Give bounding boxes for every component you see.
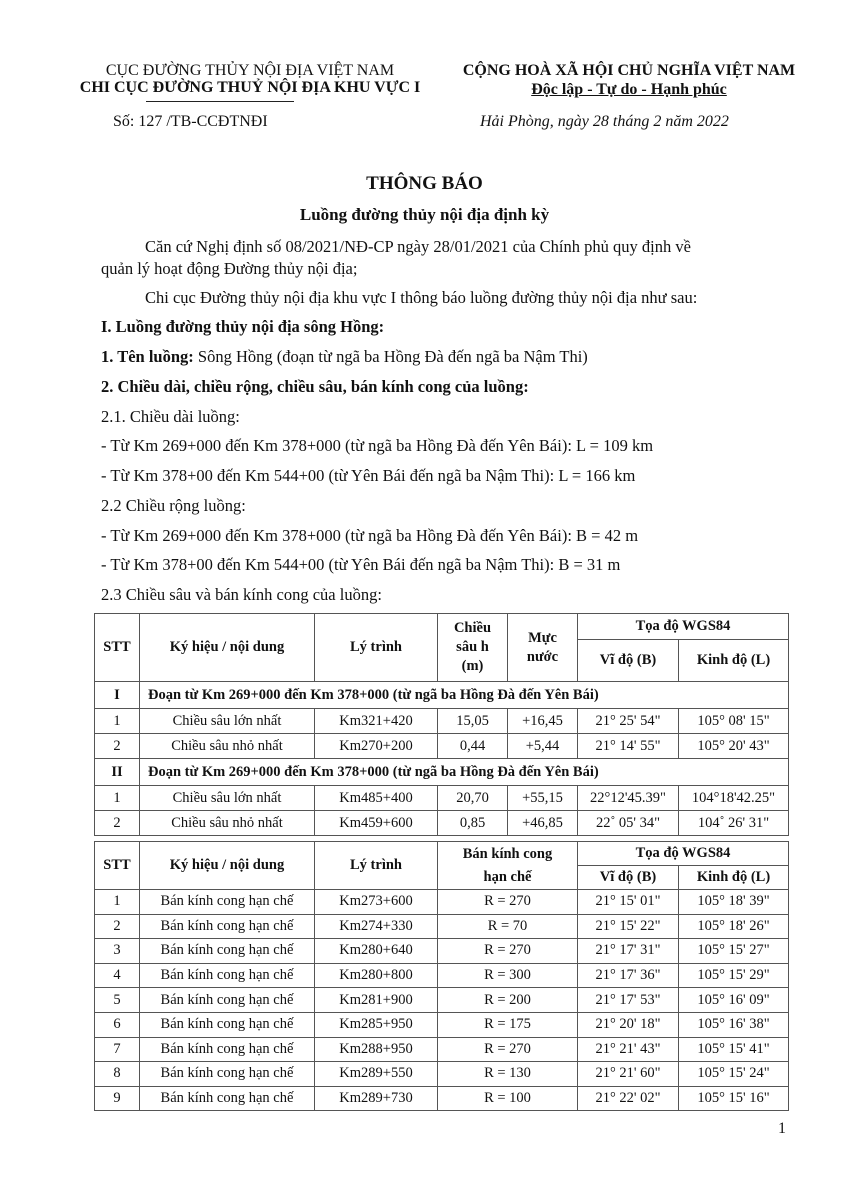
col-coords: Tọa độ WGS84 (578, 614, 789, 640)
table-row: 5Bán kính cong hạn chếKm281+900R = 20021… (95, 988, 789, 1013)
table-row: 1Chiều sâu lớn nhấtKm321+42015,05+16,452… (95, 709, 789, 734)
col-stt: STT (95, 614, 140, 682)
cell-lon: 105° 08' 15" (679, 709, 789, 734)
cell-depth: 0,85 (438, 811, 508, 836)
cell-depth: 0,44 (438, 734, 508, 759)
cell-lat: 21° 17' 31" (578, 939, 679, 964)
cell-lon: 104°18'42.25" (679, 786, 789, 811)
section-row: IĐoạn từ Km 269+000 đến Km 378+000 (từ n… (95, 682, 789, 709)
cell-lon: 104˚ 26' 31" (679, 811, 789, 836)
cell-lat: 21° 21' 43" (578, 1037, 679, 1062)
cell-chainage: Km289+730 (315, 1086, 438, 1111)
cell-content: Chiều sâu nhỏ nhất (140, 811, 315, 836)
cell-water-level: +46,85 (508, 811, 578, 836)
section-row: IIĐoạn từ Km 269+000 đến Km 378+000 (từ … (95, 759, 789, 786)
document-subtitle: Luồng đường thủy nội địa định kỳ (0, 205, 849, 225)
cell-content: Bán kính cong hạn chế (140, 988, 315, 1013)
width-line: - Từ Km 378+00 đến Km 544+00 (từ Yên Bái… (101, 555, 620, 575)
cell-stt: 8 (95, 1062, 140, 1087)
cell-lon: 105° 15' 16" (679, 1086, 789, 1111)
sub-agency-name: CHI CỤC ĐƯỜNG THUỶ NỘI ĐỊA KHU VỰC I (60, 79, 440, 97)
cell-stt: 5 (95, 988, 140, 1013)
cell-depth: 15,05 (438, 709, 508, 734)
cell-lat: 21° 20' 18" (578, 1012, 679, 1037)
col-lat: Vĩ độ (B) (578, 866, 679, 890)
section-roman: II (95, 759, 140, 786)
national-title: CỘNG HOÀ XÃ HỘI CHỦ NGHĨA VIỆT NAM (434, 62, 824, 80)
cell-stt: 2 (95, 811, 140, 836)
cell-depth: 20,70 (438, 786, 508, 811)
cell-stt: 1 (95, 786, 140, 811)
col-radius-line2: hạn chế (438, 868, 577, 887)
cell-lat: 21° 15' 22" (578, 914, 679, 939)
cell-radius: R = 70 (438, 914, 578, 939)
depth-radius-heading: 2.3 Chiều sâu và bán kính cong của luồng… (101, 585, 382, 605)
cell-lat: 21° 22' 02" (578, 1086, 679, 1111)
cell-content: Bán kính cong hạn chế (140, 939, 315, 964)
intro-paragraph-2: Chi cục Đường thủy nội địa khu vực I thô… (145, 288, 697, 308)
cell-chainage: Km288+950 (315, 1037, 438, 1062)
national-motto: Độc lập - Tự do - Hạnh phúc (434, 81, 824, 99)
col-radius-line1: Bán kính cong (438, 845, 577, 864)
cell-chainage: Km285+950 (315, 1012, 438, 1037)
cell-lon: 105° 20' 43" (679, 734, 789, 759)
section-heading: I. Luồng đường thủy nội địa sông Hồng: (101, 317, 384, 337)
col-lat: Vĩ độ (B) (578, 640, 679, 682)
channel-name-line: 1. Tên luồng: Sông Hồng (đoạn từ ngã ba … (101, 347, 588, 367)
col-lon: Kinh độ (L) (679, 866, 789, 890)
cell-water-level: +16,45 (508, 709, 578, 734)
cell-stt: 4 (95, 963, 140, 988)
cell-chainage: Km280+800 (315, 963, 438, 988)
cell-stt: 1 (95, 709, 140, 734)
cell-chainage: Km270+200 (315, 734, 438, 759)
cell-stt: 9 (95, 1086, 140, 1111)
cell-lat: 22°12'45.39" (578, 786, 679, 811)
cell-content: Chiều sâu lớn nhất (140, 786, 315, 811)
section-title: Đoạn từ Km 269+000 đến Km 378+000 (từ ng… (140, 682, 789, 709)
cell-content: Chiều sâu nhỏ nhất (140, 734, 315, 759)
intro-paragraph-line1: Căn cứ Nghị định số 08/2021/NĐ-CP ngày 2… (145, 237, 691, 257)
cell-radius: R = 270 (438, 939, 578, 964)
cell-stt: 2 (95, 734, 140, 759)
cell-radius: R = 100 (438, 1086, 578, 1111)
length-line: - Từ Km 269+000 đến Km 378+000 (từ ngã b… (101, 436, 653, 456)
document-title: THÔNG BÁO (0, 173, 849, 195)
table-row: 4Bán kính cong hạn chếKm280+800R = 30021… (95, 963, 789, 988)
cell-lat: 22˚ 05' 34" (578, 811, 679, 836)
cell-chainage: Km321+420 (315, 709, 438, 734)
table-row: 1Bán kính cong hạn chếKm273+600R = 27021… (95, 890, 789, 915)
table-row: 6Bán kính cong hạn chếKm285+950R = 17521… (95, 1012, 789, 1037)
col-content: Ký hiệu / nội dung (140, 614, 315, 682)
length-line: - Từ Km 378+00 đến Km 544+00 (từ Yên Bái… (101, 466, 635, 486)
table-row: 2Chiều sâu nhỏ nhấtKm459+6000,85+46,8522… (95, 811, 789, 836)
cell-water-level: +5,44 (508, 734, 578, 759)
cell-chainage: Km289+550 (315, 1062, 438, 1087)
width-line: - Từ Km 269+000 đến Km 378+000 (từ ngã b… (101, 526, 638, 546)
width-heading: 2.2 Chiều rộng luồng: (101, 496, 246, 516)
section-roman: I (95, 682, 140, 709)
header-divider (146, 101, 294, 102)
cell-lat: 21° 17' 53" (578, 988, 679, 1013)
cell-lon: 105° 16' 38" (679, 1012, 789, 1037)
cell-content: Bán kính cong hạn chế (140, 1037, 315, 1062)
table-row: 9Bán kính cong hạn chếKm289+730R = 10021… (95, 1086, 789, 1111)
radius-table: STT Ký hiệu / nội dung Lý trình Bán kính… (94, 841, 789, 1111)
col-radius: Bán kính cong hạn chế (438, 842, 578, 890)
table-row: 3Bán kính cong hạn chếKm280+640R = 27021… (95, 939, 789, 964)
col-chainage: Lý trình (315, 842, 438, 890)
table-row: 2Chiều sâu nhỏ nhấtKm270+2000,44+5,4421°… (95, 734, 789, 759)
cell-chainage: Km273+600 (315, 890, 438, 915)
channel-name-value: Sông Hồng (đoạn từ ngã ba Hồng Đà đến ng… (194, 347, 588, 366)
cell-stt: 1 (95, 890, 140, 915)
cell-lat: 21° 14' 55" (578, 734, 679, 759)
col-depth: Chiều sâu h (m) (438, 614, 508, 682)
col-lon: Kinh độ (L) (679, 640, 789, 682)
cell-content: Bán kính cong hạn chế (140, 963, 315, 988)
cell-radius: R = 130 (438, 1062, 578, 1087)
cell-content: Bán kính cong hạn chế (140, 1012, 315, 1037)
cell-content: Bán kính cong hạn chế (140, 890, 315, 915)
cell-lon: 105° 15' 24" (679, 1062, 789, 1087)
cell-chainage: Km280+640 (315, 939, 438, 964)
cell-radius: R = 300 (438, 963, 578, 988)
cell-content: Bán kính cong hạn chế (140, 1062, 315, 1087)
table-row: 7Bán kính cong hạn chếKm288+950R = 27021… (95, 1037, 789, 1062)
cell-lat: 21° 17' 36" (578, 963, 679, 988)
cell-radius: R = 270 (438, 1037, 578, 1062)
cell-lon: 105° 18' 26" (679, 914, 789, 939)
col-coords: Tọa độ WGS84 (578, 842, 789, 866)
cell-lat: 21° 15' 01" (578, 890, 679, 915)
document-date: Hải Phòng, ngày 28 tháng 2 năm 2022 (480, 113, 729, 131)
agency-name: CỤC ĐƯỜNG THỦY NỘI ĐỊA VIỆT NAM (60, 62, 440, 80)
col-chainage: Lý trình (315, 614, 438, 682)
dimensions-heading: 2. Chiều dài, chiều rộng, chiều sâu, bán… (101, 377, 529, 397)
table-row: 2Bán kính cong hạn chếKm274+330R = 7021°… (95, 914, 789, 939)
col-stt: STT (95, 842, 140, 890)
document-number: Số: 127 /TB-CCĐTNĐI (113, 113, 268, 131)
cell-content: Bán kính cong hạn chế (140, 914, 315, 939)
cell-radius: R = 270 (438, 890, 578, 915)
page-number: 1 (778, 1120, 786, 1138)
cell-chainage: Km274+330 (315, 914, 438, 939)
cell-stt: 6 (95, 1012, 140, 1037)
intro-paragraph-line2: quản lý hoạt động Đường thủy nội địa; (101, 259, 357, 279)
col-water-level: Mực nước (508, 614, 578, 682)
cell-water-level: +55,15 (508, 786, 578, 811)
cell-lon: 105° 18' 39" (679, 890, 789, 915)
cell-radius: R = 200 (438, 988, 578, 1013)
cell-chainage: Km459+600 (315, 811, 438, 836)
cell-chainage: Km281+900 (315, 988, 438, 1013)
cell-lon: 105° 15' 27" (679, 939, 789, 964)
cell-stt: 2 (95, 914, 140, 939)
cell-lat: 21° 21' 60" (578, 1062, 679, 1087)
cell-content: Bán kính cong hạn chế (140, 1086, 315, 1111)
cell-lon: 105° 15' 29" (679, 963, 789, 988)
col-content: Ký hiệu / nội dung (140, 842, 315, 890)
cell-lat: 21° 25' 54" (578, 709, 679, 734)
table-row: 1Chiều sâu lớn nhấtKm485+40020,70+55,152… (95, 786, 789, 811)
cell-content: Chiều sâu lớn nhất (140, 709, 315, 734)
channel-name-label: 1. Tên luồng: (101, 347, 194, 366)
section-title: Đoạn từ Km 269+000 đến Km 378+000 (từ ng… (140, 759, 789, 786)
cell-radius: R = 175 (438, 1012, 578, 1037)
cell-lon: 105° 16' 09" (679, 988, 789, 1013)
cell-lon: 105° 15' 41" (679, 1037, 789, 1062)
cell-stt: 7 (95, 1037, 140, 1062)
depth-table: STT Ký hiệu / nội dung Lý trình Chiều sâ… (94, 613, 789, 836)
cell-stt: 3 (95, 939, 140, 964)
length-heading: 2.1. Chiều dài luồng: (101, 407, 240, 427)
table-row: 8Bán kính cong hạn chếKm289+550R = 13021… (95, 1062, 789, 1087)
cell-chainage: Km485+400 (315, 786, 438, 811)
